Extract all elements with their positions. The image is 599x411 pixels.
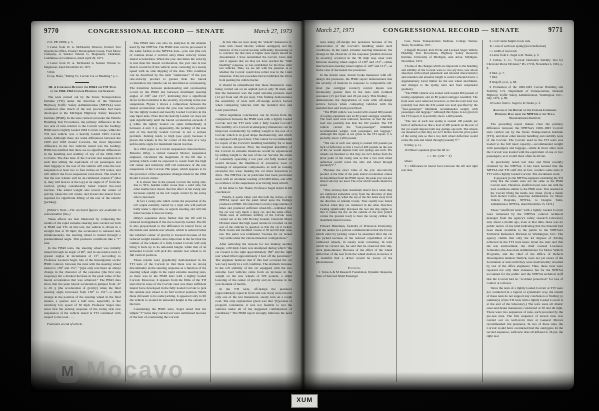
text-block: 3 Letter from W. A. McDonald, Director, …: [44, 46, 121, 61]
right-page-columns: tests using off-design tire pressures be…: [316, 40, 563, 382]
left-page-content: 9770 CONGRESSIONAL RECORD — SENATE March…: [31, 21, 303, 390]
text-block: [75, 82, 89, 83]
text-block: 3 Some of the changes which are importan…: [401, 65, 477, 92]
text-block: 6 Cap. Hafer, “Riding Vs. Corvair Car or…: [44, 75, 121, 79]
text-block: Olley's equations show further that the …: [130, 216, 207, 256]
text-block: 9 Olley, p. 11.: [401, 144, 477, 148]
text-block: It is shown that in the present Corvair …: [130, 181, 207, 200]
text-block: These effects are best illustrated by co…: [44, 217, 121, 245]
left-page-header: 9770 CONGRESSIONAL RECORD — SENATE March…: [44, 28, 292, 39]
text-block: “Tires develop their maximum lateral for…: [316, 189, 392, 223]
right-page-header: March 27, 1973 CONGRESSIONAL RECORD — SE…: [316, 27, 563, 38]
left-page-columns: 2 Cf. PB 19580, p. 3.3 Letter from W. A.…: [44, 41, 292, 382]
right-page-content: March 27, 1973 CONGRESSIONAL RECORD — SE…: [303, 20, 574, 390]
text-block: In his letter to Mr. Nader, Professor Se…: [215, 186, 292, 194]
text-block: In the drastic steer, drastic brake mane…: [316, 73, 392, 109]
text-block: tests using off-design tire pressures be…: [316, 40, 392, 72]
text-block: 4 Letter from W. A. McDonald to Senator …: [44, 62, 121, 70]
text-block: The preceding report makes clear the pri…: [487, 122, 563, 158]
right-page-number: 9771: [548, 27, 563, 34]
text-block: Cars, Texas Transportation Institute, Co…: [401, 40, 477, 48]
text-block: After removing the reasons for not makin…: [215, 242, 292, 287]
text-block: “The rate of each rear spring is around …: [401, 120, 477, 143]
text-block: 5 Culver, C. C., “Corvair Deviation Stab…: [487, 59, 563, 70]
text-block: 10 O'Dea's equation gives the lift as:: [401, 149, 477, 153]
left-column-1: 2 Cf. PB 19580, p. 3.3 Letter from W. A.…: [44, 41, 121, 382]
text-block: At that time we were doing the “slalom” …: [215, 41, 292, 82]
text-block: T = Difference in lateral force between …: [401, 165, 477, 173]
text-block: Finally, it seems rather odd that both t…: [215, 196, 292, 241]
text-block: In fact a swing axle which carries the p…: [130, 200, 207, 215]
text-block: Footnotes at end of article.: [44, 322, 121, 326]
text-block: 9 Evaluation of the 1960-1963 Corvair Ha…: [487, 86, 563, 101]
text-block: 1 Texas A & M Research Foundation, Dynam…: [316, 271, 392, 279]
text-block: It appeared (to the NHTSA engineers exam…: [487, 177, 563, 207]
text-block: It should be remembered that these maneu…: [215, 83, 292, 111]
text-block: In the TTI tests, off-design tire pressu…: [215, 287, 292, 319]
left-column-2: The HSRI data can also be analyzed in th…: [125, 41, 207, 382]
left-page-date: March 27, 1973: [254, 29, 292, 35]
text-block: 2 Dugoff, Howard, R.D. Ervin, and Leonar…: [401, 49, 477, 64]
text-block: “Because the exact value of the yaw rate…: [316, 169, 392, 188]
right-column-2: Cars, Texas Transportation Institute, Co…: [396, 40, 477, 382]
right-page-date: March 27, 1973: [316, 28, 354, 34]
text-block: 10 Letter from L. Segel to R. Nader, p. …: [487, 102, 563, 106]
text-block: In the HSRI tests, the steering wheel wa…: [44, 246, 121, 319]
right-column-3: h = roll center height at rear axleK = r…: [482, 40, 563, 382]
text-block: In previously noted test data and films …: [487, 160, 563, 176]
right-column-1: tests using off-design tire pressures be…: [316, 40, 392, 382]
text-block: These results were graphically demonstra…: [130, 258, 207, 307]
text-block: III. A Comparison Between the HSRI and T…: [47, 85, 118, 93]
text-block: 6 Ibid., p. 7.: [487, 72, 563, 76]
text-block: Analysis of the Report on the Corvair Co…: [490, 108, 560, 120]
text-block: l = Th ⁄ (2W − T): [401, 154, 477, 158]
text-block: What legitimate conclusions can be drawn…: [215, 113, 292, 186]
right-page: March 27, 1973 CONGRESSIONAL RECORD — SE…: [303, 20, 574, 390]
masthead-title: CONGRESSIONAL RECORD — SENATE: [88, 28, 225, 35]
xum-microfilm-stamp: XUM: [291, 394, 318, 408]
text-block: “The rate of each rear spring is around …: [316, 142, 392, 168]
text-block: In a 1961 paper on Corvair suspension ch…: [130, 147, 207, 179]
text-block: Edward Heitzman, formally of Princeton U…: [316, 224, 392, 264]
text-block: The tests carried out by the Texas Trans…: [44, 95, 121, 204]
text-block: Considering the HSRI tests, Segel noted …: [130, 307, 207, 319]
text-block: The HSRI data can also be analyzed in th…: [130, 41, 207, 146]
text-block: These “unofficial tests” with a lightly …: [487, 208, 563, 285]
left-page-number: 9770: [44, 28, 59, 35]
text-block: Since the tests of a lightly loaded Corv…: [487, 286, 563, 339]
left-page: 9770 CONGRESSIONAL RECORD — SENATE March…: [31, 21, 303, 390]
masthead-title: CONGRESSIONAL RECORD — SENATE: [383, 27, 520, 34]
left-column-3: At that time we were doing the “slalom” …: [210, 41, 292, 382]
text-block: [Editor's Note.—The enclosed figures are…: [44, 208, 121, 216]
text-block: “The HSRI vehicle was loaded with around…: [401, 92, 477, 119]
text-block: “The HSRI vehicle was loaded with around…: [316, 111, 392, 141]
